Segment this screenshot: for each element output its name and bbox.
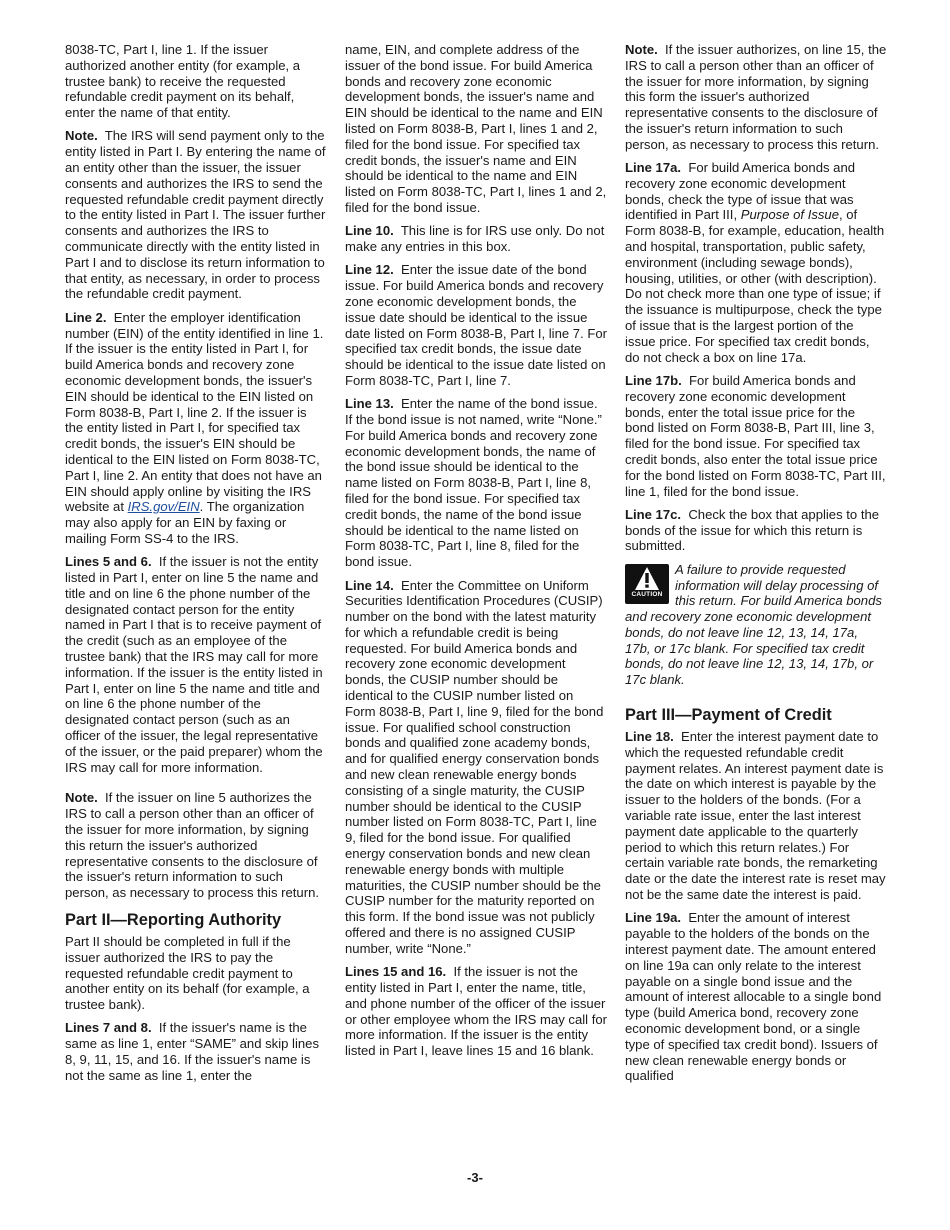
line-14-paragraph: Line 14. Enter the Committee on Uniform … [345, 578, 607, 957]
line-13-paragraph: Line 13. Enter the name of the bond issu… [345, 396, 607, 570]
line-18-paragraph: Line 18. Enter the interest payment date… [625, 729, 887, 903]
column-1: 8038-TC, Part I, line 1. If the issuer a… [65, 42, 327, 1091]
caution-box: CAUTION A failure to provide requested i… [625, 562, 887, 688]
line-10-paragraph: Line 10. This line is for IRS use only. … [345, 223, 607, 255]
note-lead: Note. [65, 128, 98, 143]
paragraph: 8038-TC, Part I, line 1. If the issuer a… [65, 42, 327, 121]
paragraph: name, EIN, and complete address of the i… [345, 42, 607, 216]
part-2-intro: Part II should be completed in full if t… [65, 934, 327, 1013]
lines-7-8-paragraph: Lines 7 and 8. If the issuer's name is t… [65, 1020, 327, 1083]
line-17a-paragraph: Line 17a. For build America bonds and re… [625, 160, 887, 365]
line-2-paragraph: Line 2. Enter the employer identificatio… [65, 310, 327, 547]
line-19a-paragraph: Line 19a. Enter the amount of interest p… [625, 910, 887, 1084]
caution-icon: CAUTION [625, 564, 669, 604]
line-17b-paragraph: Line 17b. For build America bonds and re… [625, 373, 887, 499]
lines-15-16-paragraph: Lines 15 and 16. If the issuer is not th… [345, 964, 607, 1059]
column-3: Note. If the issuer authorizes, on line … [625, 42, 887, 1092]
column-2: name, EIN, and complete address of the i… [345, 42, 607, 1066]
note-paragraph: Note. If the issuer authorizes, on line … [625, 42, 887, 153]
note-paragraph: Note. The IRS will send payment only to … [65, 128, 327, 302]
line-17c-paragraph: Line 17c. Check the box that applies to … [625, 507, 887, 554]
part-3-heading: Part III—Payment of Credit [625, 706, 887, 725]
lines-5-6-paragraph: Lines 5 and 6. If the issuer is not the … [65, 554, 327, 775]
part-2-heading: Part II—Reporting Authority [65, 911, 327, 930]
note-paragraph: Note. If the issuer on line 5 authorizes… [65, 790, 327, 901]
irs-ein-link[interactable]: IRS.gov/EIN [128, 499, 200, 514]
page-number: -3- [0, 1170, 950, 1185]
line-12-paragraph: Line 12. Enter the issue date of the bon… [345, 262, 607, 388]
